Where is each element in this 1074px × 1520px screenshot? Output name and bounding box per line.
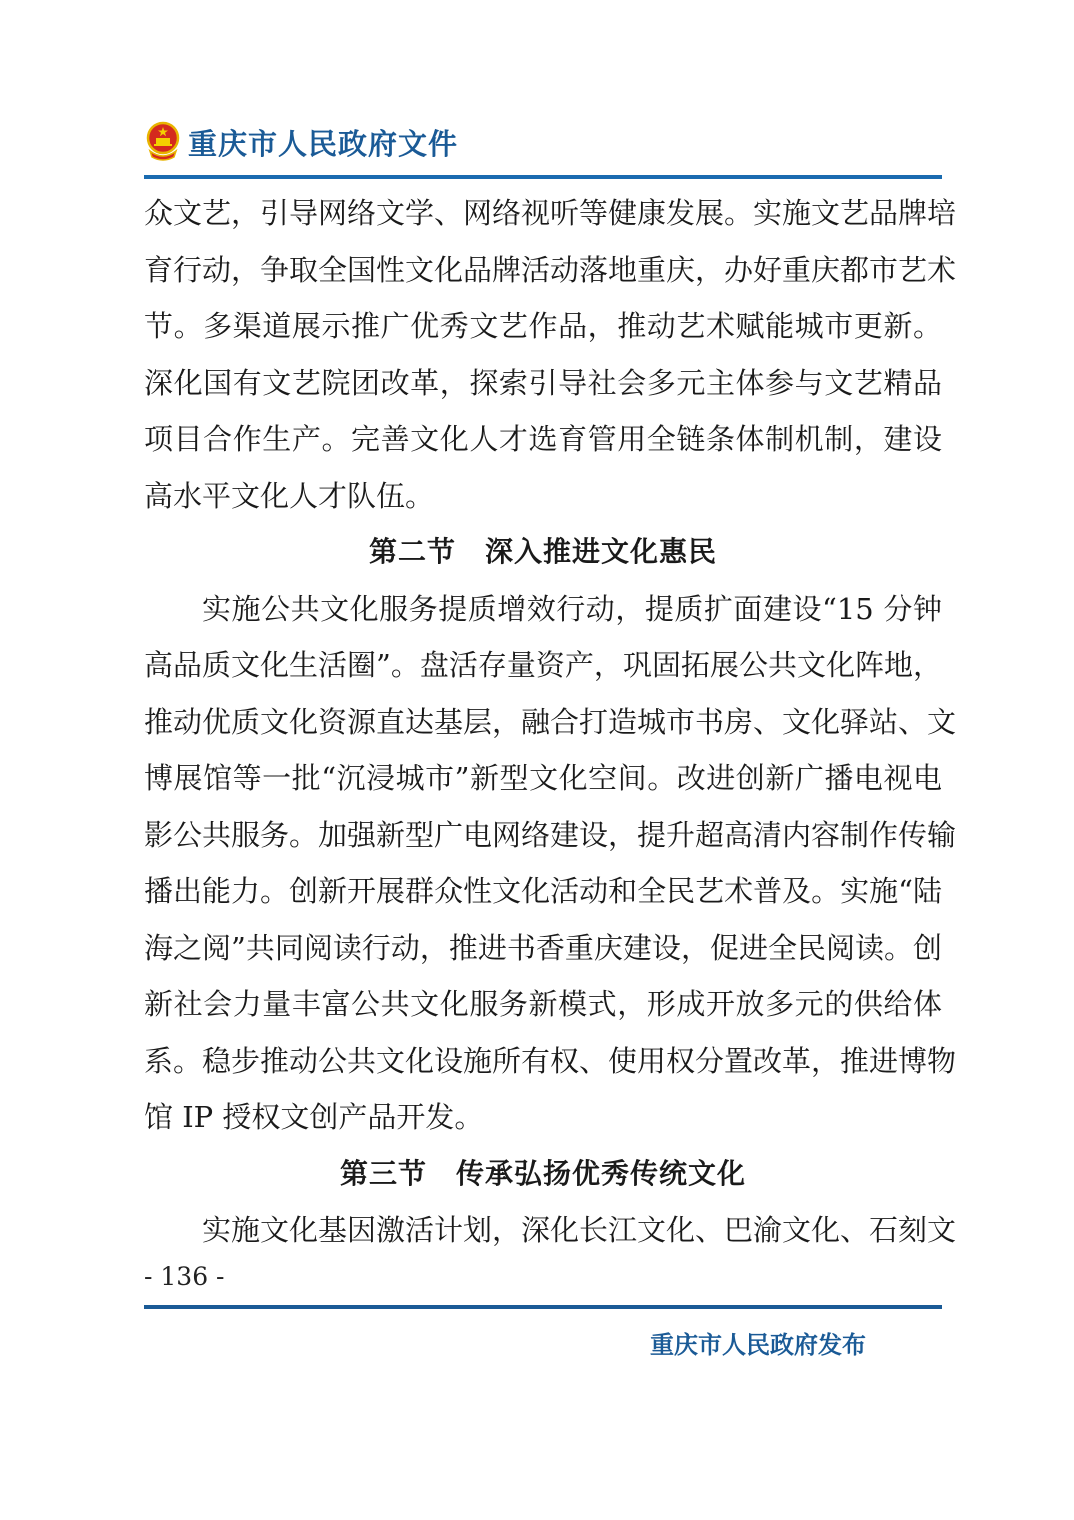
text-line: 项目合作生产。完善文化人才选育管用全链条体制机制，建设	[144, 411, 942, 468]
national-emblem-icon	[144, 121, 182, 163]
text-line: 高品质文化生活圈”。盘活存量资产，巩固拓展公共文化阵地，	[144, 637, 942, 694]
publisher-label: 重庆市人民政府发布	[650, 1325, 866, 1360]
text-line: 影公共服务。加强新型广电网络建设，提升超高清内容制作传输	[144, 807, 942, 864]
paragraph-2: 实施公共文化服务提质增效行动，提质扩面建设“15 分钟 高品质文化生活圈”。盘活…	[144, 581, 942, 1146]
text-line: 推动优质文化资源直达基层，融合打造城市书房、文化驿站、文	[144, 694, 942, 751]
section-heading-2: 第二节 深入推进文化惠民	[144, 524, 942, 581]
text-line: 博展馆等一批“沉浸城市”新型文化空间。改进创新广播电视电	[144, 750, 942, 807]
text-line: 播出能力。创新开展群众性文化活动和全民艺术普及。实施“陆	[144, 863, 942, 920]
text-line: 众文艺，引导网络文学、网络视听等健康发展。实施文艺品牌培	[144, 185, 942, 242]
section-heading-3: 第三节 传承弘扬优秀传统文化	[144, 1146, 942, 1203]
footer-divider	[144, 1305, 942, 1309]
paragraph-3: 实施文化基因激活计划，深化长江文化、巴渝文化、石刻文	[144, 1202, 942, 1259]
text-line: 实施公共文化服务提质增效行动，提质扩面建设“15 分钟	[144, 581, 942, 638]
document-header: 重庆市人民政府文件	[144, 121, 458, 163]
text-line: 新社会力量丰富公共文化服务新模式，形成开放多元的供给体	[144, 976, 942, 1033]
page-number: - 136 -	[144, 1262, 225, 1291]
text-line: 深化国有文艺院团改革，探索引导社会多元主体参与文艺精品	[144, 355, 942, 412]
text-line: 海之阅”共同阅读行动，推进书香重庆建设，促进全民阅读。创	[144, 920, 942, 977]
document-body: 众文艺，引导网络文学、网络视听等健康发展。实施文艺品牌培 育行动，争取全国性文化…	[144, 185, 942, 1259]
paragraph-1: 众文艺，引导网络文学、网络视听等健康发展。实施文艺品牌培 育行动，争取全国性文化…	[144, 185, 942, 524]
text-line: 高水平文化人才队伍。	[144, 468, 942, 525]
text-line: 系。稳步推动公共文化设施所有权、使用权分置改革，推进博物	[144, 1033, 942, 1090]
text-line: 馆 IP 授权文创产品开发。	[144, 1089, 942, 1146]
text-line: 节。多渠道展示推广优秀文艺作品，推动艺术赋能城市更新。	[144, 298, 942, 355]
header-title: 重庆市人民政府文件	[188, 122, 458, 163]
header-divider	[144, 175, 942, 179]
text-line: 实施文化基因激活计划，深化长江文化、巴渝文化、石刻文	[144, 1202, 942, 1259]
text-line: 育行动，争取全国性文化品牌活动落地重庆，办好重庆都市艺术	[144, 242, 942, 299]
